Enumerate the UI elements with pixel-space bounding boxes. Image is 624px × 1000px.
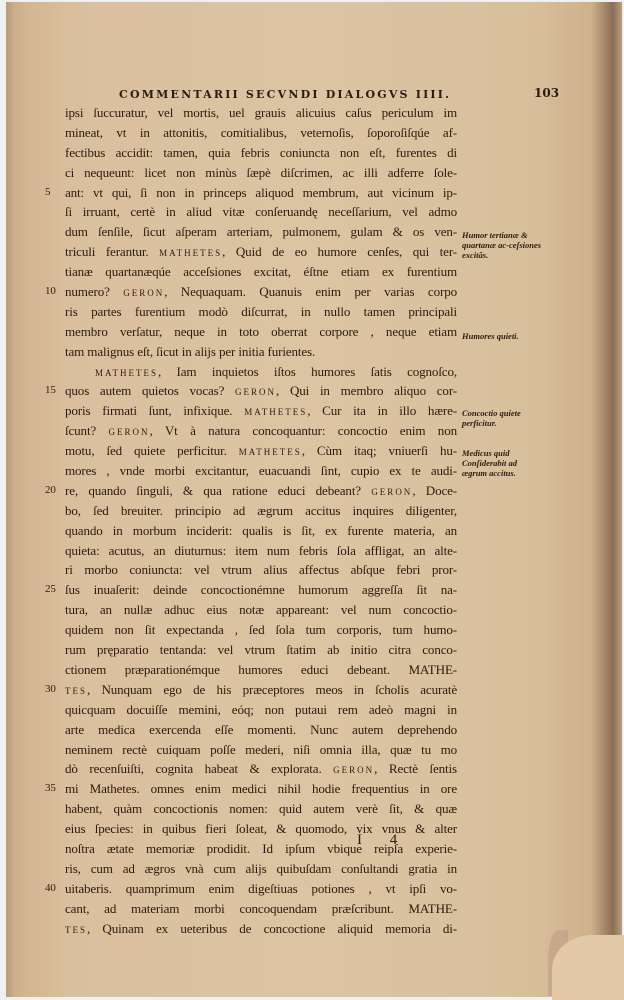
line-text: arte medica exercenda eſſe momenti. Nunc…	[65, 722, 457, 737]
text-line: ris, cum ad ægros vnà cum alijs quibuſda…	[65, 859, 457, 879]
line-text: quando in morbum inciderit: qualis is ſi…	[65, 523, 457, 538]
text-line: mores , vnde morbi excitantur, euacuandi…	[65, 461, 457, 481]
line-text: dum ſenſile, ſicut aſperam arteriam, pul…	[65, 224, 457, 239]
line-text: ſus inuaſerit: deinde concoctionémne hum…	[65, 582, 457, 597]
text-line: cant, ad materiam morbi concoquendam præ…	[65, 899, 457, 919]
line-text: numero? GERON, Nequaquam. Quanuis enim p…	[65, 284, 457, 299]
line-text: mores , vnde morbi excitantur, euacuandi…	[65, 463, 457, 478]
text-line: mineat, vt in attonitis, comitialibus, v…	[65, 123, 457, 143]
signature-mark: I 4	[357, 832, 409, 849]
marginal-note: Concoctio quiete perficitur.	[462, 408, 542, 428]
text-line: motu, ſed quiete perficitur. MATHETES, C…	[65, 441, 457, 461]
book-page: COMMENTARII SECVNDI DIALOGVS IIII. 103 i…	[0, 0, 624, 1000]
line-text: quidem non ſit expectanda , ſed ſola tum…	[65, 622, 457, 637]
text-line: arte medica exercenda eſſe momenti. Nunc…	[65, 720, 457, 740]
text-line: quando in morbum inciderit: qualis is ſi…	[65, 521, 457, 541]
running-title: COMMENTARII SECVNDI DIALOGVS IIII.	[119, 88, 451, 101]
text-line: 5ant: vt qui, ſi non in princeps aliquod…	[65, 183, 457, 203]
line-number: 25	[45, 580, 56, 600]
line-text: bo, ſed breuiter. principio ad ægrum acc…	[65, 503, 457, 518]
text-line: rum pręparatio tentanda: vel vtrum ſtati…	[65, 640, 457, 660]
line-text: motu, ſed quiete perficitur. MATHETES, C…	[65, 443, 457, 458]
line-text: cant, ad materiam morbi concoquendam præ…	[65, 901, 457, 916]
text-line: bo, ſed breuiter. principio ad ægrum acc…	[65, 501, 457, 521]
marginal-note: Humor tertianæ & quartanæ ac-ceſsiones e…	[462, 230, 542, 260]
line-number: 35	[45, 779, 56, 799]
line-text: fectibus accidit: tamen, quia febris con…	[65, 145, 457, 160]
text-line: 10numero? GERON, Nequaquam. Quanuis enim…	[65, 282, 457, 302]
line-text: uitaberis. quamprimum enim digeſtiuas po…	[65, 881, 457, 896]
text-line: 30TES, Nunquam ego de his præceptores me…	[65, 680, 457, 700]
main-text-block: ipsi ſuccuratur, vel mortis, uel grauis …	[65, 103, 457, 938]
line-text: quieta: acutus, an diuturnus: item num f…	[65, 543, 457, 558]
text-line: 20re, quando ſinguli, & qua ratione educ…	[65, 481, 457, 501]
line-text: membro verſatur, neque in toto oberrat c…	[65, 324, 457, 339]
text-line: 15quos autem quietos vocas? GERON, Qui i…	[65, 381, 457, 401]
line-text: re, quando ſinguli, & qua ratione educi …	[65, 483, 457, 498]
line-text: ci nequeunt: licet non minùs ſæpè diſcri…	[65, 165, 457, 180]
line-number: 40	[45, 879, 56, 899]
line-text: poris firmati ſunt, infixique. MATHETES,…	[65, 403, 457, 418]
line-text: TES, Nunquam ego de his præceptores meos…	[65, 682, 457, 697]
line-text: rum pręparatio tentanda: vel vtrum ſtati…	[65, 642, 457, 657]
text-line: quieta: acutus, an diuturnus: item num f…	[65, 541, 457, 561]
text-line: 40uitaberis. quamprimum enim digeſtiuas …	[65, 879, 457, 899]
line-text: quos autem quietos vocas? GERON, Qui in …	[65, 383, 457, 398]
text-line: poris firmati ſunt, infixique. MATHETES,…	[65, 401, 457, 421]
text-line: quicquam docuiſſe memini, eóq; non putau…	[65, 700, 457, 720]
text-line: membro verſatur, neque in toto oberrat c…	[65, 322, 457, 342]
line-number: 5	[45, 183, 50, 203]
text-line: ris partes furentium modò diſcurrat, in …	[65, 302, 457, 322]
line-text: neminem rectè cuiquam poſſe mederi, niſi…	[65, 742, 457, 757]
text-line: triculi ferantur. MATHETES, Quid de eo h…	[65, 242, 457, 262]
line-number: 15	[45, 381, 56, 401]
scanner-thumb	[552, 935, 624, 1000]
line-text: ſcunt? GERON, Vt à natura concoquantur: …	[65, 423, 457, 438]
text-line: 35mi Mathetes. omnes enim medici nihil h…	[65, 779, 457, 799]
line-text: dò recenſuiſti, cognita habeat & explora…	[65, 761, 457, 776]
text-line: habent, quàm concoctionis nomen: quid au…	[65, 799, 457, 819]
line-text: quicquam docuiſſe memini, eóq; non putau…	[65, 702, 457, 717]
line-text: tura, an nullæ adhuc eius notæ appareant…	[65, 602, 457, 617]
line-number: 20	[45, 481, 56, 501]
text-line: tianæ quartanæqúe acceſsiones excitat, é…	[65, 262, 457, 282]
line-text: triculi ferantur. MATHETES, Quid de eo h…	[65, 244, 457, 259]
text-line: neminem rectè cuiquam poſſe mederi, niſi…	[65, 740, 457, 760]
text-line: 25ſus inuaſerit: deinde concoctionémne h…	[65, 580, 457, 600]
text-line: MATHETES, Iam inquietos iſtos humores ſa…	[65, 362, 457, 382]
line-text: ipsi ſuccuratur, vel mortis, uel grauis …	[65, 105, 457, 120]
text-line: ipsi ſuccuratur, vel mortis, uel grauis …	[65, 103, 457, 123]
line-text: ſi irruant, certè in aliud vitæ conſerua…	[65, 204, 457, 219]
line-text: ri morbo coniuncta: vel vtrum alius affe…	[65, 562, 457, 577]
marginal-note: Humores quieti.	[462, 331, 542, 341]
text-line: fectibus accidit: tamen, quia febris con…	[65, 143, 457, 163]
text-line: ci nequeunt: licet non minùs ſæpè diſcri…	[65, 163, 457, 183]
text-line: quidem non ſit expectanda , ſed ſola tum…	[65, 620, 457, 640]
text-line: dò recenſuiſti, cognita habeat & explora…	[65, 759, 457, 779]
text-line: dum ſenſile, ſicut aſperam arteriam, pul…	[65, 222, 457, 242]
text-line: tura, an nullæ adhuc eius notæ appareant…	[65, 600, 457, 620]
line-text: MATHETES, Iam inquietos iſtos humores ſa…	[95, 364, 457, 379]
line-text: ris partes furentium modò diſcurrat, in …	[65, 304, 457, 319]
line-text: tianæ quartanæqúe acceſsiones excitat, é…	[65, 264, 457, 279]
line-text: ris, cum ad ægros vnà cum alijs quibuſda…	[65, 861, 457, 876]
line-number: 30	[45, 680, 56, 700]
marginal-note: Medicus quid Conſiderabit ad ægrum accit…	[462, 448, 542, 478]
text-line: ſi irruant, certè in aliud vitæ conſerua…	[65, 202, 457, 222]
line-text: ctionem præparationémque humores educi d…	[65, 662, 457, 677]
line-text: tam malignus eſt, ſicut in alijs per ini…	[65, 344, 315, 359]
line-text: habent, quàm concoctionis nomen: quid au…	[65, 801, 457, 816]
line-text: mineat, vt in attonitis, comitialibus, v…	[65, 125, 457, 140]
text-line: ctionem præparationémque humores educi d…	[65, 660, 457, 680]
text-line: ſcunt? GERON, Vt à natura concoquantur: …	[65, 421, 457, 441]
line-text: mi Mathetes. omnes enim medici nihil hod…	[65, 781, 457, 796]
text-line: TES, Quinam ex ueteribus de concoctione …	[65, 919, 457, 939]
line-text: TES, Quinam ex ueteribus de concoctione …	[65, 921, 457, 936]
folio-number: 103	[534, 86, 559, 100]
line-number: 10	[45, 282, 56, 302]
text-line: ri morbo coniuncta: vel vtrum alius affe…	[65, 560, 457, 580]
text-line: tam malignus eſt, ſicut in alijs per ini…	[65, 342, 457, 362]
line-text: ant: vt qui, ſi non in princeps aliquod …	[65, 185, 457, 200]
